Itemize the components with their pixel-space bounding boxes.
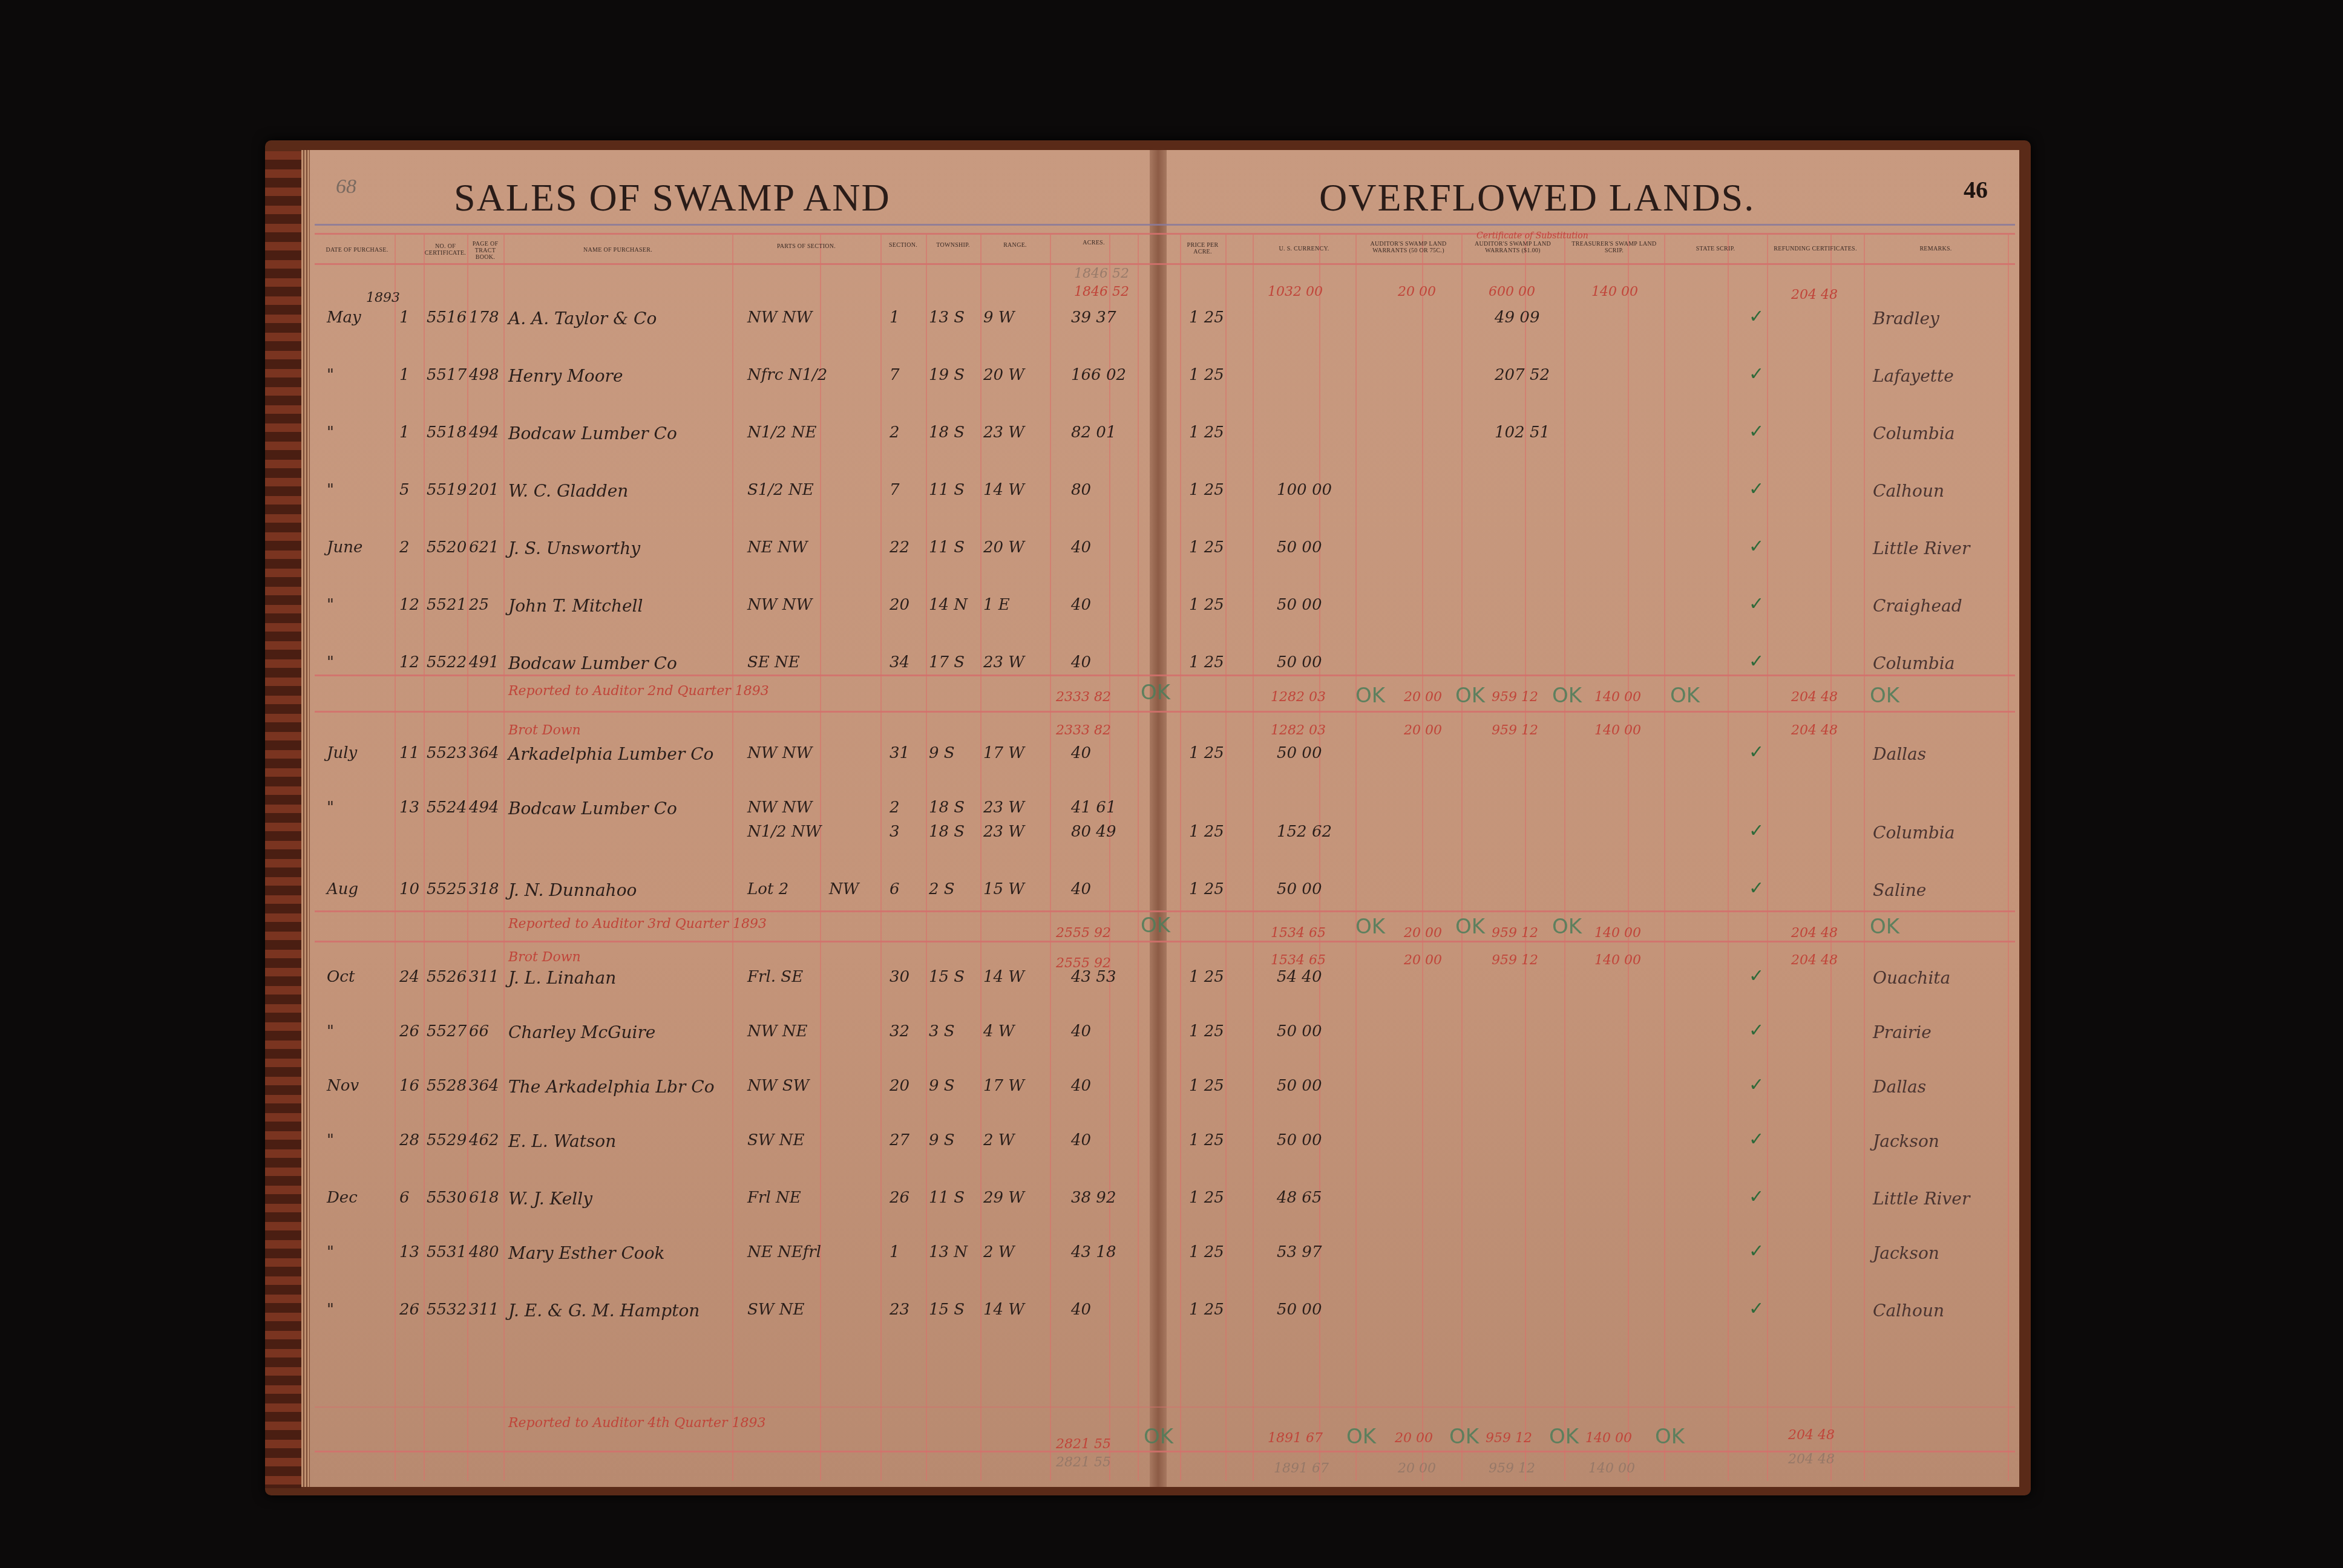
township: 14 N bbox=[929, 596, 968, 614]
check-mark-icon: ✓ bbox=[1749, 820, 1764, 841]
check-mark-icon: ✓ bbox=[1749, 1298, 1764, 1319]
header-price: Price Per Acre. bbox=[1180, 242, 1225, 255]
parts-of-section: NW NW bbox=[747, 596, 812, 614]
ledger-day: 26 bbox=[399, 1022, 419, 1040]
section-number: 30 bbox=[890, 968, 909, 986]
col-rule bbox=[1225, 235, 1227, 1481]
purchaser-name: J. S. Unsworthy bbox=[508, 538, 640, 558]
section-number: 20 bbox=[890, 1077, 909, 1095]
us-currency: 54 40 bbox=[1277, 968, 1322, 986]
range: 17 W bbox=[983, 744, 1024, 762]
header-acres: Acres. bbox=[1050, 240, 1138, 246]
remark-county: Dallas bbox=[1873, 1077, 1926, 1097]
tract-book-page: 480 bbox=[469, 1243, 499, 1261]
acres: 40 bbox=[1071, 744, 1091, 762]
remark-county: Prairie bbox=[1873, 1022, 1932, 1042]
certificate-number: 5531 bbox=[427, 1243, 467, 1261]
parts-of-section: NW NW bbox=[747, 309, 812, 327]
q2-bd-warrants-100: 959 12 bbox=[1492, 723, 1538, 738]
col-rule bbox=[1138, 235, 1139, 1481]
tract-book-page: 621 bbox=[469, 538, 499, 557]
remark-county: Calhoun bbox=[1873, 481, 1944, 501]
q4-total-acres-faint: 2821 55 bbox=[1056, 1455, 1111, 1470]
section-number: 20 bbox=[890, 596, 909, 614]
parts-of-section: SW NE bbox=[747, 1131, 805, 1149]
q3-total-acres: 2555 92 bbox=[1056, 926, 1111, 941]
township: 3 S bbox=[929, 1022, 955, 1040]
q4-total-warrants-100: 959 12 bbox=[1486, 1431, 1532, 1446]
header-warrants-50: Auditor's Swamp Land Warrants (50 or 75c… bbox=[1355, 241, 1461, 254]
ledger-day: 1 bbox=[399, 423, 410, 442]
purchaser-name: A. A. Taylor & Co bbox=[508, 309, 657, 328]
township: 9 S bbox=[929, 1077, 955, 1095]
us-currency: 53 97 bbox=[1277, 1243, 1322, 1261]
check-mark-icon: ✓ bbox=[1749, 364, 1764, 385]
parts-of-section: Nfrc N1/2 bbox=[747, 366, 827, 384]
ledger-month: " bbox=[327, 1131, 334, 1149]
ledger-month: " bbox=[327, 1301, 334, 1319]
col-rule bbox=[1525, 235, 1526, 1481]
us-currency: 152 62 bbox=[1277, 823, 1332, 841]
certificate-number: 5516 bbox=[427, 309, 467, 327]
range: 20 W bbox=[983, 366, 1024, 384]
acres: 40 bbox=[1071, 1301, 1091, 1319]
section-number: 32 bbox=[890, 1022, 909, 1040]
ledger-day: 16 bbox=[399, 1077, 419, 1095]
certificate-number: 5519 bbox=[427, 481, 467, 499]
q2-bd-refunding: 204 48 bbox=[1791, 723, 1838, 738]
q3-total-warrants-50: 20 00 bbox=[1404, 926, 1442, 941]
certificate-number: 5527 bbox=[427, 1022, 467, 1040]
purchaser-name: The Arkadelphia Lbr Co bbox=[508, 1077, 714, 1097]
q2-brought-down-label: Brot Down bbox=[508, 723, 581, 738]
ledger-month: Nov bbox=[327, 1077, 359, 1095]
check-mark-icon: ✓ bbox=[1749, 651, 1764, 672]
price-per-acre: 1 25 bbox=[1189, 653, 1224, 671]
remark-county: Calhoun bbox=[1873, 1301, 1944, 1321]
ledger-month: Dec bbox=[327, 1189, 358, 1207]
purchaser-name: Charley McGuire bbox=[508, 1022, 655, 1042]
purchaser-name: John T. Mitchell bbox=[508, 596, 643, 616]
q3-ok-mark: OK bbox=[1552, 915, 1582, 939]
township: 2 S bbox=[929, 880, 955, 898]
acres: 39 37 bbox=[1071, 309, 1116, 327]
q4-ok-mark: OK bbox=[1346, 1425, 1376, 1449]
section-number: 6 bbox=[890, 880, 900, 898]
check-mark-icon: ✓ bbox=[1749, 536, 1764, 557]
ledger-day: 12 bbox=[399, 653, 419, 671]
col-rule bbox=[1728, 235, 1729, 1481]
q3-bd-currency: 1534 65 bbox=[1271, 953, 1326, 968]
certificate-number: 5523 bbox=[427, 744, 467, 762]
ledger-day: 1 bbox=[399, 309, 410, 327]
q2-ok-mark: OK bbox=[1355, 684, 1385, 708]
tract-book-page: 201 bbox=[469, 481, 499, 499]
header-date: DATE OF PURCHASE. bbox=[321, 247, 393, 253]
range: 23 W bbox=[983, 423, 1024, 442]
acres: 40 bbox=[1071, 880, 1091, 898]
q3-total-rule-bottom bbox=[315, 941, 2015, 942]
q2-total-acres: 2333 82 bbox=[1056, 690, 1111, 705]
header-warrants-annotation: Certificate of Substitution bbox=[1476, 231, 1588, 241]
tract-book-page: 178 bbox=[469, 309, 499, 327]
remark-county: Columbia bbox=[1873, 423, 1955, 443]
purchaser-name: Bodcaw Lumber Co bbox=[508, 799, 677, 818]
acres: 43 18 bbox=[1071, 1243, 1116, 1261]
ledger-day: 10 bbox=[399, 880, 419, 898]
range: 23 W bbox=[983, 653, 1024, 671]
us-currency: 48 65 bbox=[1277, 1189, 1322, 1207]
parts-of-section: Lot 2 bbox=[747, 880, 788, 898]
parts-of-section: NW SW bbox=[747, 1077, 809, 1095]
purchaser-name: Arkadelphia Lumber Co bbox=[508, 744, 713, 764]
col-rule bbox=[2008, 235, 2009, 1481]
range: 23 W bbox=[983, 799, 1024, 817]
tract-book-page: 498 bbox=[469, 366, 499, 384]
bf-treasury: 140 00 bbox=[1591, 284, 1638, 299]
parts-of-section: SW NE bbox=[747, 1301, 805, 1319]
q4-total-rule-top bbox=[315, 1406, 2015, 1408]
q2-total-currency: 1282 03 bbox=[1271, 690, 1326, 705]
bf-acres-faint: 1846 52 bbox=[1074, 266, 1129, 281]
check-mark-icon: ✓ bbox=[1749, 593, 1764, 615]
q3-total-currency: 1534 65 bbox=[1271, 926, 1326, 941]
ledger-month: " bbox=[327, 799, 334, 817]
us-currency: 50 00 bbox=[1277, 744, 1322, 762]
acres: 40 bbox=[1071, 596, 1091, 614]
range: 29 W bbox=[983, 1189, 1024, 1207]
section-number: 7 bbox=[890, 366, 900, 384]
col-rule bbox=[1628, 235, 1629, 1481]
col-rule bbox=[820, 235, 821, 1481]
remark-county: Jackson bbox=[1873, 1243, 1939, 1263]
remark-county: Ouachita bbox=[1873, 968, 1950, 988]
tract-book-page: 364 bbox=[469, 744, 499, 762]
col-rule bbox=[1564, 235, 1565, 1481]
parts-of-section: Frl. SE bbox=[747, 968, 803, 986]
q2-ok-mark: OK bbox=[1670, 684, 1700, 708]
remark-county: Columbia bbox=[1873, 823, 1955, 843]
q3-bd-refunding: 204 48 bbox=[1791, 953, 1838, 968]
q2-total-rule-bottom bbox=[315, 711, 2015, 713]
township: 13 N bbox=[929, 1243, 968, 1261]
parts-of-section-2: NW bbox=[829, 880, 859, 898]
q4-ok-mark: OK bbox=[1549, 1425, 1579, 1449]
q2-total-rule-top bbox=[315, 675, 2015, 676]
q4-ok-mark: OK bbox=[1144, 1425, 1173, 1449]
tract-book-page: 311 bbox=[469, 968, 499, 986]
price-per-acre: 1 25 bbox=[1189, 423, 1224, 442]
check-mark-icon: ✓ bbox=[1749, 1241, 1764, 1262]
header-section: Section. bbox=[880, 242, 926, 249]
bf-currency: 1032 00 bbox=[1268, 284, 1323, 299]
header-remarks: REMARKS. bbox=[1864, 246, 2008, 252]
q2-ok-mark: OK bbox=[1455, 684, 1485, 708]
ledger-month: " bbox=[327, 1243, 334, 1261]
col-rule bbox=[503, 235, 505, 1481]
q2-bd-currency: 1282 03 bbox=[1271, 723, 1326, 738]
check-mark-icon: ✓ bbox=[1749, 1074, 1764, 1096]
remark-county: Lafayette bbox=[1873, 366, 1954, 386]
certificate-number: 5532 bbox=[427, 1301, 467, 1319]
section-number: 2 bbox=[890, 423, 900, 442]
bf-acres: 1846 52 bbox=[1074, 284, 1129, 299]
range: 15 W bbox=[983, 880, 1024, 898]
price-per-acre: 1 25 bbox=[1189, 481, 1224, 499]
acres: 41 61 bbox=[1071, 799, 1116, 817]
check-mark-icon: ✓ bbox=[1749, 965, 1764, 987]
col-rule bbox=[1830, 235, 1832, 1481]
section-number: 34 bbox=[890, 653, 909, 671]
q2-bd-treasury: 140 00 bbox=[1594, 723, 1641, 738]
bf-warrants-50: 20 00 bbox=[1398, 284, 1436, 299]
acres: 80 49 bbox=[1071, 823, 1116, 841]
parts-of-section: NW NW bbox=[747, 744, 812, 762]
q4-faint-refunding: 204 48 bbox=[1788, 1452, 1835, 1467]
q4-total-label: Reported to Auditor 4th Quarter 1893 bbox=[508, 1416, 765, 1431]
township: 11 S bbox=[929, 481, 965, 499]
tract-book-page: 66 bbox=[469, 1022, 489, 1040]
price-per-acre: 1 25 bbox=[1189, 1243, 1224, 1261]
certificate-number: 5524 bbox=[427, 799, 467, 817]
tract-book-page: 311 bbox=[469, 1301, 499, 1319]
q3-total-treasury: 140 00 bbox=[1594, 926, 1641, 941]
header-currency: U. S. Currency. bbox=[1253, 246, 1355, 252]
q3-total-rule-top bbox=[315, 910, 2015, 912]
range: 1 E bbox=[983, 596, 1010, 614]
purchaser-name: J. L. Linahan bbox=[508, 968, 616, 988]
price-per-acre: 1 25 bbox=[1189, 309, 1224, 327]
remark-county: Columbia bbox=[1873, 653, 1955, 673]
q4-total-refunding: 204 48 bbox=[1788, 1428, 1835, 1443]
parts-of-section: S1/2 NE bbox=[747, 481, 814, 499]
price-per-acre: 1 25 bbox=[1189, 823, 1224, 841]
warrants-100: 207 52 bbox=[1495, 366, 1550, 384]
range: 17 W bbox=[983, 1077, 1024, 1095]
q4-total-treasury: 140 00 bbox=[1585, 1431, 1632, 1446]
certificate-number: 5522 bbox=[427, 653, 467, 671]
range: 20 W bbox=[983, 538, 1024, 557]
acres: 82 01 bbox=[1071, 423, 1116, 442]
tract-book-page: 25 bbox=[469, 596, 489, 614]
col-rule bbox=[1664, 235, 1665, 1481]
acres: 40 bbox=[1071, 1077, 1091, 1095]
range: 4 W bbox=[983, 1022, 1015, 1040]
check-mark-icon: ✓ bbox=[1749, 306, 1764, 327]
warrants-100: 49 09 bbox=[1495, 309, 1539, 327]
section-number: 27 bbox=[890, 1131, 909, 1149]
remark-county: Little River bbox=[1873, 538, 1970, 558]
q3-ok-mark: OK bbox=[1141, 913, 1170, 938]
section-number: 1 bbox=[890, 1243, 900, 1261]
parts-of-section: N1/2 NE bbox=[747, 423, 817, 442]
acres: 43 53 bbox=[1071, 968, 1116, 986]
remark-county: Dallas bbox=[1873, 744, 1926, 764]
ledger-day: 1 bbox=[399, 366, 410, 384]
ledger-month: " bbox=[327, 1022, 334, 1040]
ledger-month: May bbox=[327, 309, 361, 327]
header-parts: PARTS OF SECTION. bbox=[732, 243, 880, 250]
acres: 40 bbox=[1071, 538, 1091, 557]
township: 9 S bbox=[929, 744, 955, 762]
warrants-100: 102 51 bbox=[1495, 423, 1550, 442]
ledger-day: 6 bbox=[399, 1189, 410, 1207]
price-per-acre: 1 25 bbox=[1189, 366, 1224, 384]
tract-book-page: 318 bbox=[469, 880, 499, 898]
ledger-day: 2 bbox=[399, 538, 410, 557]
parts-of-section: SE NE bbox=[747, 653, 800, 671]
ledger-day: 5 bbox=[399, 481, 410, 499]
acres: 40 bbox=[1071, 653, 1091, 671]
bf-warrants-100: 600 00 bbox=[1489, 284, 1535, 299]
range: 14 W bbox=[983, 1301, 1024, 1319]
section-number: 1 bbox=[890, 309, 900, 327]
remark-county: Craighead bbox=[1873, 596, 1962, 616]
header-township: Township. bbox=[926, 242, 980, 249]
col-rule bbox=[926, 235, 927, 1481]
header-treasury: Treasurer's Swamp Land Scrip. bbox=[1564, 241, 1664, 254]
check-mark-icon: ✓ bbox=[1749, 742, 1764, 763]
q4-faint-treasury: 140 00 bbox=[1588, 1461, 1635, 1476]
price-per-acre: 1 25 bbox=[1189, 968, 1224, 986]
q2-ok-mark: OK bbox=[1141, 681, 1170, 705]
q3-bd-warrants-100: 959 12 bbox=[1492, 953, 1538, 968]
header-rule-bottom bbox=[315, 263, 2015, 265]
purchaser-name: E. L. Watson bbox=[508, 1131, 616, 1151]
range: 2 W bbox=[983, 1131, 1015, 1149]
header-name: NAME OF PURCHASER. bbox=[503, 247, 732, 253]
col-rule bbox=[1109, 235, 1110, 1481]
q4-total-currency: 1891 67 bbox=[1268, 1431, 1323, 1446]
ledger-day: 26 bbox=[399, 1301, 419, 1319]
us-currency: 50 00 bbox=[1277, 596, 1322, 614]
book-spine-gutter bbox=[1150, 150, 1167, 1487]
purchaser-name: J. E. & G. M. Hampton bbox=[508, 1301, 700, 1321]
price-per-acre: 1 25 bbox=[1189, 1022, 1224, 1040]
township: 11 S bbox=[929, 538, 965, 557]
section-number: 22 bbox=[890, 538, 909, 557]
purchaser-name: Mary Esther Cook bbox=[508, 1243, 665, 1263]
remark-county: Bradley bbox=[1873, 309, 1939, 328]
township: 9 S bbox=[929, 1131, 955, 1149]
title-right: OVERFLOWED LANDS. bbox=[1319, 175, 1755, 220]
parts-of-section: Frl NE bbox=[747, 1189, 801, 1207]
q3-ok-mark: OK bbox=[1870, 915, 1899, 939]
check-mark-icon: ✓ bbox=[1749, 1186, 1764, 1207]
q2-brought-down-acres: 2333 82 bbox=[1056, 723, 1111, 738]
q4-faint-warrants-50: 20 00 bbox=[1398, 1461, 1436, 1476]
q4-total-rule-bottom bbox=[315, 1451, 2015, 1452]
ledger-day: 24 bbox=[399, 968, 419, 986]
header-range: Range. bbox=[980, 242, 1050, 249]
q2-ok-mark: OK bbox=[1870, 684, 1899, 708]
acres: 80 bbox=[1071, 481, 1091, 499]
check-mark-icon: ✓ bbox=[1749, 1020, 1764, 1041]
q4-total-acres: 2821 55 bbox=[1056, 1437, 1111, 1452]
header-rule-top-2 bbox=[315, 233, 2015, 235]
certificate-number: 5528 bbox=[427, 1077, 467, 1095]
township: 15 S bbox=[929, 1301, 965, 1319]
ledger-month: " bbox=[327, 366, 334, 384]
us-currency: 50 00 bbox=[1277, 880, 1322, 898]
purchaser-name: W. J. Kelly bbox=[508, 1189, 592, 1209]
purchaser-name: Bodcaw Lumber Co bbox=[508, 653, 677, 673]
q3-brought-down-label: Brot Down bbox=[508, 950, 581, 965]
q2-bd-warrants-50: 20 00 bbox=[1404, 723, 1442, 738]
us-currency: 50 00 bbox=[1277, 538, 1322, 557]
purchaser-name: J. N. Dunnahoo bbox=[508, 880, 637, 900]
parts-of-section: NW NW bbox=[747, 799, 812, 817]
us-currency: 50 00 bbox=[1277, 1131, 1322, 1149]
remark-county: Little River bbox=[1873, 1189, 1970, 1209]
certificate-number: 5525 bbox=[427, 880, 467, 898]
parts-of-section: NE NW bbox=[747, 538, 807, 557]
ledger-day: 13 bbox=[399, 799, 419, 817]
section-number: 7 bbox=[890, 481, 900, 499]
parts-of-section: NE NEfrl bbox=[747, 1243, 821, 1261]
purchaser-name: Henry Moore bbox=[508, 366, 623, 386]
q2-ok-mark: OK bbox=[1552, 684, 1582, 708]
q3-ok-mark: OK bbox=[1455, 915, 1485, 939]
col-rule bbox=[1180, 235, 1181, 1481]
certificate-number: 5526 bbox=[427, 968, 467, 986]
page-stack-edge bbox=[301, 150, 310, 1487]
col-rule bbox=[980, 235, 981, 1481]
township: 11 S bbox=[929, 1189, 965, 1207]
acres: 38 92 bbox=[1071, 1189, 1116, 1207]
price-per-acre: 1 25 bbox=[1189, 596, 1224, 614]
us-currency: 50 00 bbox=[1277, 1022, 1322, 1040]
bf-refunding: 204 48 bbox=[1791, 287, 1838, 302]
ledger-day: 12 bbox=[399, 596, 419, 614]
section-number: 23 bbox=[890, 1301, 909, 1319]
certificate-number: 5520 bbox=[427, 538, 467, 557]
section-number: 3 bbox=[890, 823, 900, 841]
acres: 166 02 bbox=[1071, 366, 1126, 384]
q3-total-refunding: 204 48 bbox=[1791, 926, 1838, 941]
range: 9 W bbox=[983, 309, 1015, 327]
col-rule bbox=[880, 235, 882, 1481]
q4-total-warrants-50: 20 00 bbox=[1395, 1431, 1433, 1446]
tract-book-page: 494 bbox=[469, 799, 499, 817]
q3-bd-warrants-50: 20 00 bbox=[1404, 953, 1442, 968]
col-rule bbox=[1050, 235, 1051, 1481]
price-per-acre: 1 25 bbox=[1189, 880, 1224, 898]
q2-total-warrants-50: 20 00 bbox=[1404, 690, 1442, 705]
col-rule bbox=[395, 235, 396, 1481]
section-number: 26 bbox=[890, 1189, 909, 1207]
purchaser-name: W. C. Gladden bbox=[508, 481, 628, 501]
range: 14 W bbox=[983, 968, 1024, 986]
price-per-acre: 1 25 bbox=[1189, 1131, 1224, 1149]
col-rule bbox=[424, 235, 425, 1481]
col-rule bbox=[1253, 235, 1254, 1481]
township: 13 S bbox=[929, 309, 965, 327]
header-refunding: Refunding Certificates. bbox=[1767, 246, 1864, 252]
price-per-acre: 1 25 bbox=[1189, 1189, 1224, 1207]
us-currency: 50 00 bbox=[1277, 653, 1322, 671]
price-per-acre: 1 25 bbox=[1189, 744, 1224, 762]
tract-book-page: 494 bbox=[469, 423, 499, 442]
check-mark-icon: ✓ bbox=[1749, 421, 1764, 442]
ledger-month: June bbox=[327, 538, 362, 557]
q3-total-label: Reported to Auditor 3rd Quarter 1893 bbox=[508, 916, 767, 932]
ledger-month: " bbox=[327, 596, 334, 614]
q2-total-treasury: 140 00 bbox=[1594, 690, 1641, 705]
tract-book-page: 364 bbox=[469, 1077, 499, 1095]
title-left: SALES OF SWAMP AND bbox=[454, 175, 891, 220]
range: 2 W bbox=[983, 1243, 1015, 1261]
